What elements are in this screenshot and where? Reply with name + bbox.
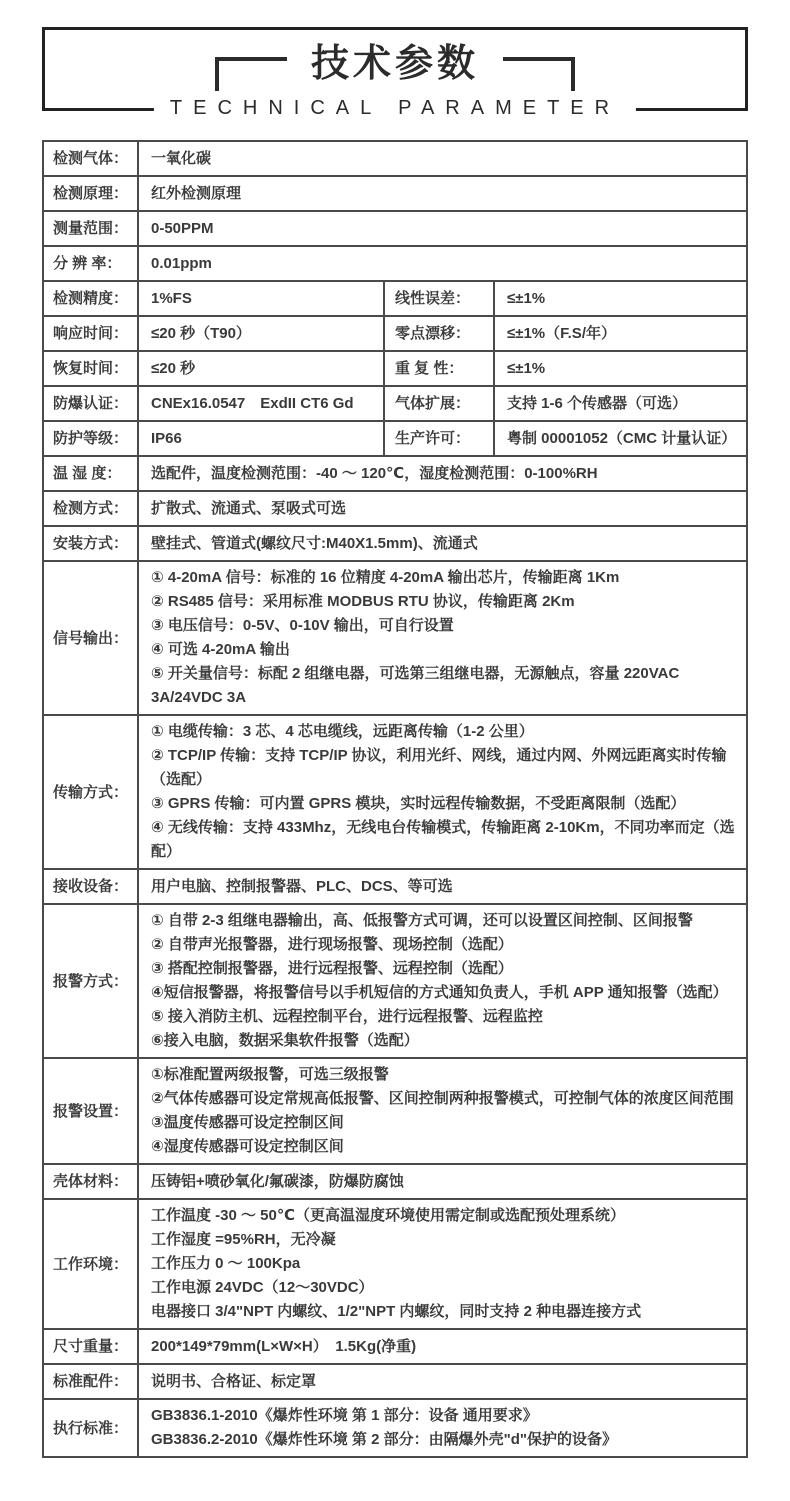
table-row: 尺寸重量：200*149*79mm(L×W×H） 1.5Kg(净重) [44, 1330, 746, 1365]
row-label: 生产许可： [385, 422, 495, 455]
value-line: ④湿度传感器可设定控制区间 [151, 1135, 734, 1159]
row-value: ≤±1%（F.S/年） [495, 317, 746, 350]
right-bracket-decoration [503, 57, 575, 91]
row-value: 压铸铝+喷砂氧化/氟碳漆，防爆防腐蚀 [139, 1165, 746, 1198]
row-label: 报警方式： [44, 905, 139, 1057]
value-line: 工作压力 0 ～ 100Kpa [151, 1252, 641, 1276]
value-line: ④短信报警器，将报警信号以手机短信的方式通知负责人，手机 APP 通知报警（选配… [151, 981, 728, 1005]
table-row: 检测气体：一氧化碳 [44, 142, 746, 177]
row-label: 分 辨 率： [44, 247, 139, 280]
value-line: ② TCP/IP 传输：支持 TCP/IP 协议，利用光纤、网线，通过内网、外网… [151, 744, 736, 792]
table-row: 分 辨 率：0.01ppm [44, 247, 746, 282]
row-label: 信号输出： [44, 562, 139, 714]
value-line: ①标准配置两级报警，可选三级报警 [151, 1063, 734, 1087]
value-line: ② 自带声光报警器，进行现场报警、现场控制（选配） [151, 933, 728, 957]
row-label: 重 复 性： [385, 352, 495, 385]
row-value: ①标准配置两级报警，可选三级报警②气体传感器可设定常规高低报警、区间控制两种报警… [139, 1059, 744, 1163]
row-label: 气体扩展： [385, 387, 495, 420]
value-line: ⑥接入电脑，数据采集软件报警（选配） [151, 1029, 728, 1053]
row-label: 壳体材料： [44, 1165, 139, 1198]
row-label: 检测气体： [44, 142, 139, 175]
header: 技术参数 TECHNICAL PARAMETER [42, 27, 748, 111]
row-label: 零点漂移： [385, 317, 495, 350]
table-row: 防爆认证：CNEx16.0547 ExdII CT6 Gd气体扩展：支持 1-6… [44, 387, 746, 422]
value-line: ④ 无线传输：支持 433Mhz，无线电台传输模式，传输距离 2-10Km，不同… [151, 816, 736, 864]
row-value: IP66 [139, 422, 385, 455]
row-label: 检测原理： [44, 177, 139, 210]
row-value: 1%FS [139, 282, 385, 315]
row-value: GB3836.1-2010《爆炸性环境 第 1 部分：设备 通用要求》GB383… [139, 1400, 627, 1456]
row-label: 检测方式： [44, 492, 139, 525]
value-line: 工作湿度 =95%RH，无冷凝 [151, 1228, 641, 1252]
table-row: 标准配件：说明书、合格证、标定罩 [44, 1365, 746, 1400]
row-label: 尺寸重量： [44, 1330, 139, 1363]
value-line: ⑤ 开关量信号：标配 2 组继电器，可选第三组继电器，无源触点，容量 220VA… [151, 662, 736, 710]
row-value: ① 电缆传输：3 芯、4 芯电缆线，远距离传输（1-2 公里）② TCP/IP … [139, 716, 746, 868]
row-value: ≤±1% [495, 352, 746, 385]
row-label: 响应时间： [44, 317, 139, 350]
row-value: 选配件，温度检测范围：-40 ～ 120℃，湿度检测范围：0-100%RH [139, 457, 746, 490]
row-value: 支持 1-6 个传感器（可选） [495, 387, 746, 420]
table-row: 检测精度：1%FS线性误差：≤±1% [44, 282, 746, 317]
value-line: ③ 搭配控制报警器，进行远程报警、远程控制（选配） [151, 957, 728, 981]
value-line: ① 4-20mA 信号：标准的 16 位精度 4-20mA 输出芯片，传输距离 … [151, 566, 736, 590]
table-row: 安装方式：壁挂式、管道式(螺纹尺寸:M40X1.5mm)、流通式 [44, 527, 746, 562]
value-line: ③温度传感器可设定控制区间 [151, 1111, 734, 1135]
table-row: 恢复时间：≤20 秒重 复 性：≤±1% [44, 352, 746, 387]
row-value: 0-50PPM [139, 212, 746, 245]
row-value: 用户电脑、控制报警器、PLC、DCS、等可选 [139, 870, 746, 903]
row-label: 接收设备： [44, 870, 139, 903]
row-value: ① 自带 2-3 组继电器输出，高、低报警方式可调，还可以设置区间控制、区间报警… [139, 905, 738, 1057]
row-label: 检测精度： [44, 282, 139, 315]
table-row: 传输方式：① 电缆传输：3 芯、4 芯电缆线，远距离传输（1-2 公里）② TC… [44, 716, 746, 870]
spec-table: 检测气体：一氧化碳检测原理：红外检测原理测量范围：0-50PPM分 辨 率：0.… [42, 140, 748, 1458]
value-line: GB3836.1-2010《爆炸性环境 第 1 部分：设备 通用要求》 [151, 1404, 617, 1428]
table-row: 信号输出：① 4-20mA 信号：标准的 16 位精度 4-20mA 输出芯片，… [44, 562, 746, 716]
row-label: 温 湿 度： [44, 457, 139, 490]
table-row: 温 湿 度：选配件，温度检测范围：-40 ～ 120℃，湿度检测范围：0-100… [44, 457, 746, 492]
value-line: ③ GPRS 传输：可内置 GPRS 模块，实时远程传输数据，不受距离限制（选配… [151, 792, 736, 816]
value-line: ②气体传感器可设定常规高低报警、区间控制两种报警模式，可控制气体的浓度区间范围 [151, 1087, 734, 1111]
row-label: 恢复时间： [44, 352, 139, 385]
row-value: 200*149*79mm(L×W×H） 1.5Kg(净重) [139, 1330, 746, 1363]
page-title: 技术参数 [311, 45, 479, 83]
row-value: 0.01ppm [139, 247, 746, 280]
page-subtitle: TECHNICAL PARAMETER [154, 94, 636, 122]
table-row: 报警设置：①标准配置两级报警，可选三级报警②气体传感器可设定常规高低报警、区间控… [44, 1059, 746, 1165]
value-line: ③ 电压信号：0-5V、0-10V 输出，可自行设置 [151, 614, 736, 638]
table-row: 响应时间：≤20 秒（T90）零点漂移：≤±1%（F.S/年） [44, 317, 746, 352]
value-line: ① 自带 2-3 组继电器输出，高、低报警方式可调，还可以设置区间控制、区间报警 [151, 909, 728, 933]
row-value: 红外检测原理 [139, 177, 746, 210]
table-row: 工作环境：工作温度 -30 ～ 50℃（更高温湿度环境使用需定制或选配预处理系统… [44, 1200, 746, 1330]
table-row: 防护等级：IP66生产许可：粤制 00001052（CMC 计量认证） [44, 422, 746, 457]
row-label: 线性误差： [385, 282, 495, 315]
value-line: ⑤ 接入消防主机、远程控制平台，进行远程报警、远程监控 [151, 1005, 728, 1029]
row-label: 报警设置： [44, 1059, 139, 1163]
value-line: ② RS485 信号：采用标准 MODBUS RTU 协议，传输距离 2Km [151, 590, 736, 614]
row-value: 说明书、合格证、标定罩 [139, 1365, 746, 1398]
row-value: 一氧化碳 [139, 142, 746, 175]
table-row: 壳体材料：压铸铝+喷砂氧化/氟碳漆，防爆防腐蚀 [44, 1165, 746, 1200]
value-line: ④ 可选 4-20mA 输出 [151, 638, 736, 662]
row-value: ≤20 秒 [139, 352, 385, 385]
spec-sheet-page: 技术参数 TECHNICAL PARAMETER 检测气体：一氧化碳检测原理：红… [0, 0, 790, 1501]
row-value: ① 4-20mA 信号：标准的 16 位精度 4-20mA 输出芯片，传输距离 … [139, 562, 746, 714]
row-value: ≤20 秒（T90） [139, 317, 385, 350]
row-value: 壁挂式、管道式(螺纹尺寸:M40X1.5mm)、流通式 [139, 527, 746, 560]
row-label: 防护等级： [44, 422, 139, 455]
value-line: 工作温度 -30 ～ 50℃（更高温湿度环境使用需定制或选配预处理系统） [151, 1204, 641, 1228]
row-label: 防爆认证： [44, 387, 139, 420]
value-line: 电器接口 3/4"NPT 内螺纹、1/2"NPT 内螺纹，同时支持 2 种电器连… [151, 1300, 641, 1324]
table-row: 检测原理：红外检测原理 [44, 177, 746, 212]
row-label: 安装方式： [44, 527, 139, 560]
row-value: 扩散式、流通式、泵吸式可选 [139, 492, 746, 525]
row-value: 粤制 00001052（CMC 计量认证） [495, 422, 746, 455]
row-label: 传输方式： [44, 716, 139, 868]
table-row: 检测方式：扩散式、流通式、泵吸式可选 [44, 492, 746, 527]
table-row: 报警方式：① 自带 2-3 组继电器输出，高、低报警方式可调，还可以设置区间控制… [44, 905, 746, 1059]
value-line: ① 电缆传输：3 芯、4 芯电缆线，远距离传输（1-2 公里） [151, 720, 736, 744]
row-value: ≤±1% [495, 282, 746, 315]
left-bracket-decoration [215, 57, 287, 91]
row-label: 工作环境： [44, 1200, 139, 1328]
table-row: 接收设备：用户电脑、控制报警器、PLC、DCS、等可选 [44, 870, 746, 905]
table-row: 执行标准：GB3836.1-2010《爆炸性环境 第 1 部分：设备 通用要求》… [44, 1400, 746, 1456]
row-value: 工作温度 -30 ～ 50℃（更高温湿度环境使用需定制或选配预处理系统）工作湿度… [139, 1200, 651, 1328]
row-label: 执行标准： [44, 1400, 139, 1456]
row-value: CNEx16.0547 ExdII CT6 Gd [139, 387, 385, 420]
row-label: 标准配件： [44, 1365, 139, 1398]
table-row: 测量范围：0-50PPM [44, 212, 746, 247]
value-line: 工作电源 24VDC（12～30VDC） [151, 1276, 641, 1300]
row-label: 测量范围： [44, 212, 139, 245]
value-line: GB3836.2-2010《爆炸性环境 第 2 部分：由隔爆外壳"d"保护的设备… [151, 1428, 617, 1452]
